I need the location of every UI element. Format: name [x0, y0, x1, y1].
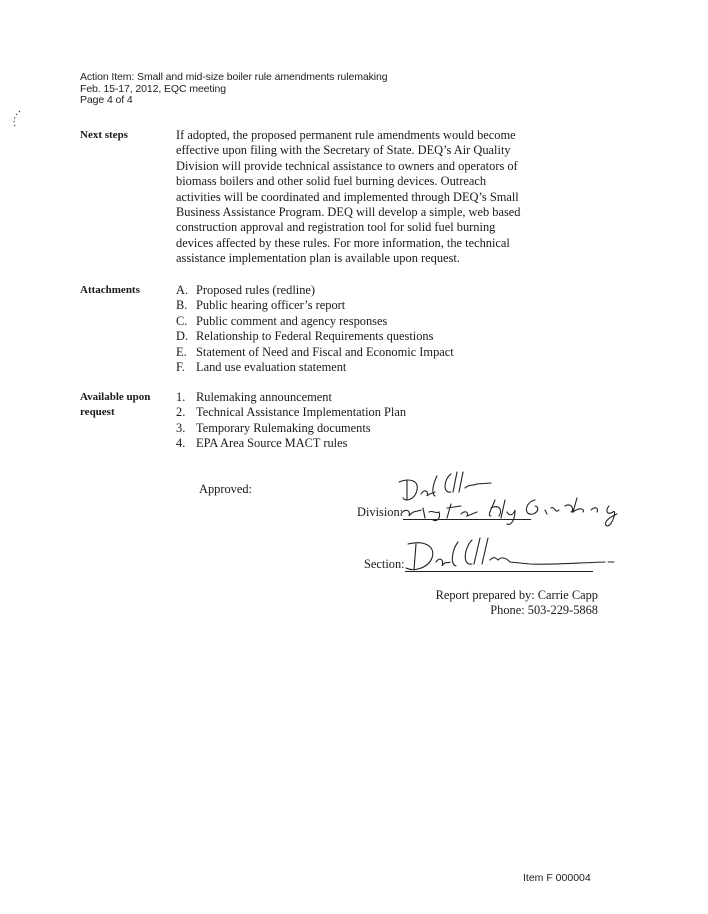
request-item: 4.EPA Area Source MACT rules: [176, 436, 556, 451]
page-header: Action Item: Small and mid-size boiler r…: [80, 72, 387, 107]
scan-mark: [10, 110, 24, 132]
next-steps-line: assistance implementation plan is availa…: [176, 251, 556, 266]
next-steps-line: effective upon filing with the Secretary…: [176, 143, 556, 158]
attachments-list: A.Proposed rules (redline) B.Public hear…: [176, 283, 556, 375]
division-signature-icon: [395, 470, 655, 530]
request-item: 1.Rulemaking announcement: [176, 390, 556, 405]
section-label: Section:: [364, 557, 405, 572]
next-steps-body: If adopted, the proposed permanent rule …: [176, 128, 556, 267]
report-phone: Phone: 503-229-5868: [436, 603, 598, 618]
item-number: Item F 000004: [523, 872, 591, 884]
attachment-item: D.Relationship to Federal Requirements q…: [176, 329, 556, 344]
next-steps-line: Business Assistance Program. DEQ will de…: [176, 205, 556, 220]
attachment-item: C.Public comment and agency responses: [176, 314, 556, 329]
attachment-item: B.Public hearing officer’s report: [176, 298, 556, 313]
next-steps-line: devices affected by these rules. For mor…: [176, 236, 556, 251]
next-steps-line: If adopted, the proposed permanent rule …: [176, 128, 556, 143]
available-upon-request-list: 1.Rulemaking announcement 2.Technical As…: [176, 390, 556, 452]
attachment-item: A.Proposed rules (redline): [176, 283, 556, 298]
next-steps-label: Next steps: [80, 128, 128, 143]
report-prepared-block: Report prepared by: Carrie Capp Phone: 5…: [436, 588, 598, 619]
attachment-item: F.Land use evaluation statement: [176, 360, 556, 375]
next-steps-line: construction approval and registration t…: [176, 220, 556, 235]
report-prepared-by: Report prepared by: Carrie Capp: [436, 588, 598, 603]
section-signature-icon: [400, 538, 640, 578]
next-steps-line: activities will be coordinated and imple…: [176, 190, 556, 205]
next-steps-line: biomass boilers and other solid fuel bur…: [176, 174, 556, 189]
request-item: 2.Technical Assistance Implementation Pl…: [176, 405, 556, 420]
attachment-item: E.Statement of Need and Fiscal and Econo…: [176, 345, 556, 360]
header-page-number: Page 4 of 4: [80, 95, 387, 107]
request-item: 3.Temporary Rulemaking documents: [176, 421, 556, 436]
available-upon-request-label: Available upon request: [80, 390, 150, 421]
header-action-item: Action Item: Small and mid-size boiler r…: [80, 72, 387, 84]
attachments-label: Attachments: [80, 283, 140, 298]
next-steps-line: Division will provide technical assistan…: [176, 159, 556, 174]
approved-label: Approved:: [199, 482, 252, 497]
